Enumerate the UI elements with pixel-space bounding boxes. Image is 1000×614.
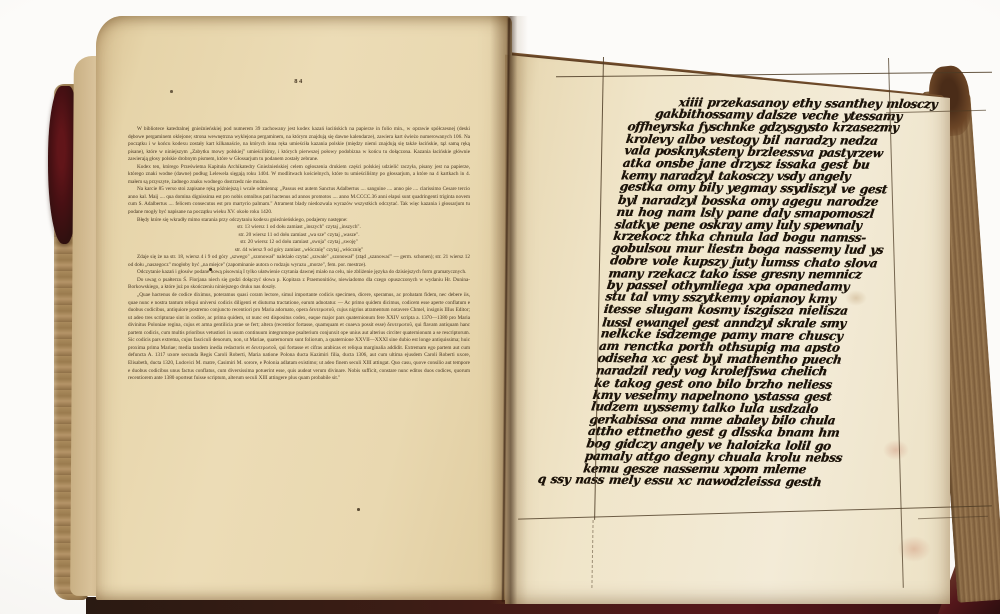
manuscript-line: naradzil redy vog kroleffswa chelich — [595, 365, 888, 378]
manuscript-line: bog gidczy angely ve haloizka lolil go — [586, 437, 879, 453]
paragraph: Błędy które się wkradły mimo starania pr… — [128, 217, 470, 225]
manuscript-line: many rzekacz tako isse gresny nemnicz — [608, 267, 901, 280]
paragraph: str. 20 wiersz 12 od dołu zamiast „swoja… — [128, 239, 470, 247]
paragraph: str. 13 wiersz 1 od dołu zamiast „inszyc… — [128, 224, 470, 232]
manuscript-line: stu tal vmy sszytkemy opianoy kmy — [605, 291, 898, 307]
foxing-spot — [170, 90, 173, 93]
manuscript-line: offheyrska fyschnke gdzysgysto krzasezmy — [627, 121, 920, 134]
foxing-spot — [209, 268, 212, 271]
paper-stain — [883, 440, 909, 460]
paragraph: W bibliotece katedralnej gnieźnieńskiej … — [128, 126, 470, 164]
paragraph: Zdaje się że na str. 18, wiersz 4 i 9 od… — [128, 254, 470, 269]
paper-stain — [591, 22, 605, 32]
printed-text-block: W bibliotece katedralnej gnieźnieńskiej … — [128, 126, 470, 383]
manuscript-text-block: xiiii przekasanoy ethy ssanthey mlosczyg… — [581, 96, 923, 489]
book-photo: 84 W bibliotece katedralnej gnieźnieński… — [0, 0, 1000, 614]
manuscript-line: nelkcke isdzemge pamy mare chuscy — [600, 327, 893, 343]
paragraph: Odczytanie kazań i głosów podane nową pi… — [128, 269, 470, 277]
manuscript-line: gerkabissa ona mme abaley bilo chula — [589, 414, 882, 427]
paragraph: str. 20 wiersz 11 od dołu zamiast „wa sz… — [128, 232, 470, 240]
left-page: 84 W bibliotece katedralnej gnieźnieński… — [96, 16, 512, 600]
manuscript-line: vala posknyksteny brzleessva pastyrzew — [624, 144, 917, 160]
paragraph: Na karcie 85 verso stoi zapisane ręką pó… — [128, 186, 470, 216]
foxing-spot — [357, 508, 360, 511]
right-page: xiiii przekasanoy ethy ssanthey mlosczyg… — [505, 48, 950, 604]
page-number: 84 — [128, 78, 470, 85]
manuscript-line: slatkye pene oskray amy luly spewnaly — [614, 219, 907, 232]
manuscript-line: q ssy nass mely essu xc nawodzleissa ges… — [537, 473, 874, 489]
paragraph: Kodex ten, którego Prześwietna Kapituła … — [128, 164, 470, 187]
paragraph: Do uwag o psałterzu Ś. Florjana niech si… — [128, 277, 470, 292]
paragraph: „Quae hactenus de codice diximus, potera… — [128, 292, 470, 383]
